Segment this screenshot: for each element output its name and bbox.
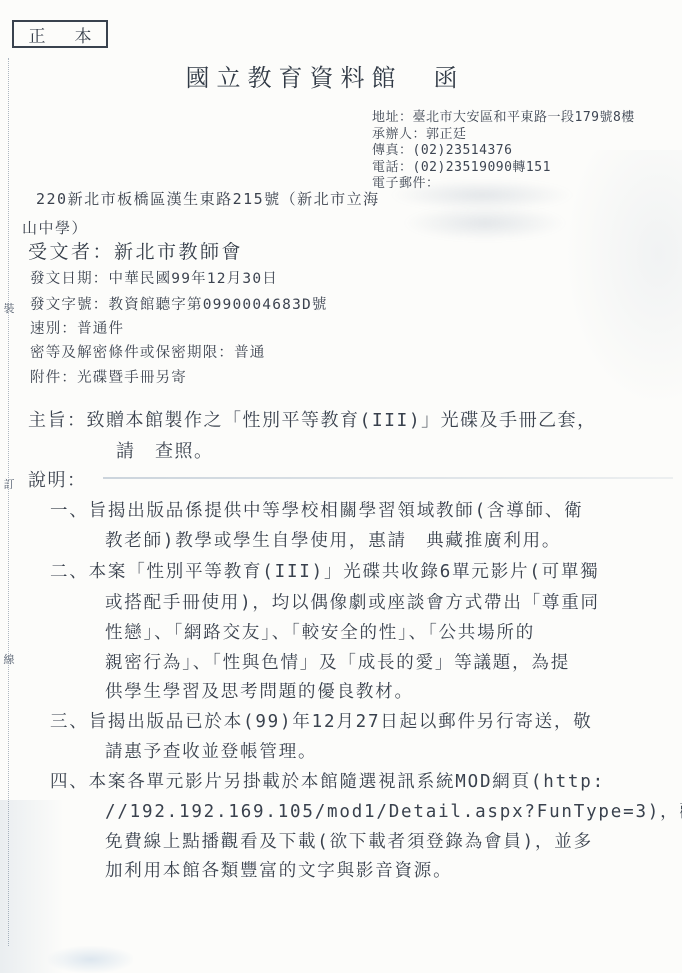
sender-phone: 電話：(02)23519090轉151	[372, 160, 635, 177]
item-1-line: 一、旨揭出版品係提供中等學校相關學習領域教師(含導師、衛	[50, 497, 583, 522]
recipient-name: 受文者：新北市教師會	[28, 237, 243, 264]
binding-mark-xian: 線	[2, 651, 16, 667]
item-1-line: 教老師)教學或學生自學使用，惠請 典藏推廣利用。	[105, 527, 561, 552]
ink-bleedthrough-artifact	[405, 206, 565, 240]
meta-speed: 速別：普通件	[30, 317, 124, 338]
item-2-line: 或搭配手冊使用)，均以偶像劇或座談會方式帶出「尊重同	[105, 589, 600, 614]
item-4-line: 加利用本館各類豐富的文字與影音資源。	[105, 857, 452, 882]
item-3-line: 請惠予查收並登帳管理。	[105, 738, 317, 763]
sender-address: 地址：臺北市大安區和平東路一段179號8樓	[372, 110, 635, 127]
item-4-line: 四、本案各單元影片另掛載於本館隨選視訊系統MOD網頁(http:	[50, 768, 605, 793]
item-2-line: 二、本案「性別平等教育(III)」光碟共收錄6單元影片(可單獨	[50, 558, 600, 583]
meta-attachment: 附件：光碟暨手冊另寄	[30, 366, 187, 387]
scanned-letter-page: 裝 訂 線 正 本 國立教育資料館 函 地址：臺北市大安區和平東路一段179號8…	[0, 0, 682, 973]
sender-contact-person: 承辦人：郭正廷	[372, 127, 635, 144]
item-2-line: 供學生學習及思考問題的優良教材。	[105, 678, 414, 703]
meta-issue-date: 發文日期：中華民國99年12月30日	[30, 267, 278, 288]
item-4-line: 免費線上點播觀看及下載(欲下載者須登錄為會員)，並多	[105, 828, 593, 853]
explanation-label: 說明：	[28, 466, 87, 492]
scan-shading-artifact	[0, 800, 80, 973]
sender-contact-block: 地址：臺北市大安區和平東路一段179號8樓 承辦人：郭正廷 傳真：(02)235…	[372, 110, 635, 193]
document-title: 國立教育資料館 函	[0, 58, 650, 93]
recipient-address-line-1: 220新北市板橋區漢生東路215號（新北市立海	[36, 188, 380, 209]
item-2-line: 性戀」、「網路交友」、「較安全的性」、「公共場所的	[105, 619, 535, 644]
meta-doc-number: 發文字號：教資館聽字第0990004683D號	[30, 293, 328, 314]
original-copy-stamp: 正 本	[12, 20, 108, 48]
subject-line-2: 請 查照。	[116, 437, 214, 463]
item-3-line: 三、旨揭出版品已於本(99)年12月27日起以郵件另行寄送，敬	[50, 708, 593, 733]
binding-dotted-line	[8, 58, 9, 946]
binding-mark-zhuang: 裝	[2, 300, 16, 316]
meta-security: 密等及解密條件或保密期限：普通	[30, 341, 266, 362]
subject-line-1: 主旨：致贈本館製作之「性別平等教育(III)」光碟及手冊乙套，	[28, 406, 597, 432]
binding-mark-ding: 訂	[2, 476, 16, 492]
sender-email: 電子郵件：	[372, 176, 635, 193]
paper-fold-line	[103, 477, 673, 479]
recipient-address-line-2: 山中學）	[22, 217, 88, 238]
scan-shading-artifact	[48, 946, 133, 973]
sender-fax: 傳真：(02)23514376	[372, 143, 635, 160]
item-2-line: 親密行為」、「性與色情」及「成長的愛」等議題，為提	[105, 649, 570, 674]
item-4-line: //192.192.169.105/mod1/Detail.aspx?FunTy…	[105, 798, 682, 823]
